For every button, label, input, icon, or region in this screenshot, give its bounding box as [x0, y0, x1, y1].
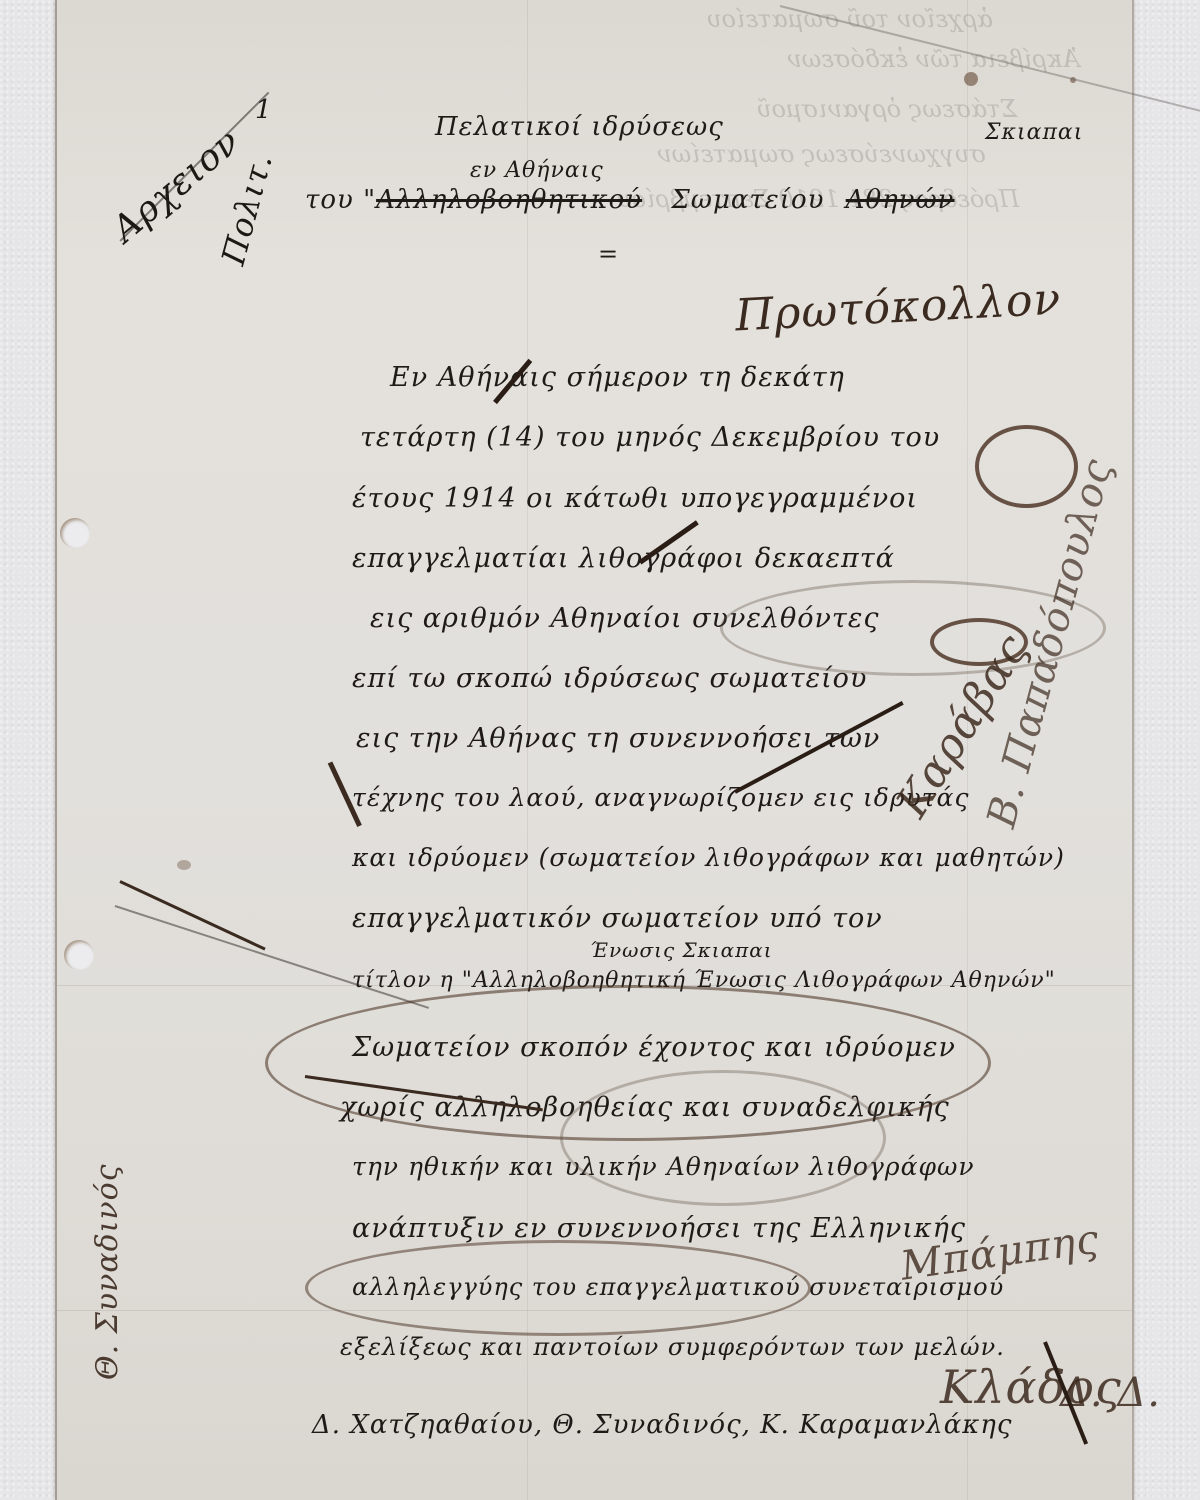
struck-word: Αλληλοβοηθητικού — [376, 185, 642, 215]
margin-signature-vertical: Θ. Συναδινός — [90, 1080, 125, 1380]
bleed-through-text: ἀρχεῖον τοῦ σωματείου — [707, 5, 993, 33]
insert-above-line: Ένωσις Σκιαπαι — [590, 938, 773, 962]
bleed-through-text: συγχωνεύσεως σωματείων — [657, 140, 986, 168]
body-line: και ιδρύομεν (σωματείον λιθογράφων και μ… — [352, 843, 1065, 872]
signatories-line: Δ. Χατζηαθαίου, Θ. Συναδινός, Κ. Καραμαν… — [312, 1410, 1012, 1440]
margin-note-mark: 1 — [255, 95, 273, 125]
pencil-loop — [560, 1070, 886, 1206]
body-line: εξελίξεως και παντοίων συμφερόντων των μ… — [340, 1333, 1005, 1361]
signature-loop — [975, 425, 1078, 508]
body-line: τέχνης του λαού, αναγνωρίζομεν εις ιδρυτ… — [352, 783, 969, 812]
header-society-word: Σωματείου — [671, 185, 824, 215]
bleed-through-text: Στάσεως ὀργανισμοῦ — [757, 95, 1017, 123]
body-line: ανάπτυξιν εν συνεννοήσει της Ελληνικής — [352, 1213, 966, 1244]
header-line-2-prefix: του " — [305, 185, 376, 215]
ink-stain — [964, 72, 978, 86]
body-line: εις την Αθήνας τη συνεννοήσει των — [356, 723, 880, 754]
body-line: έτους 1914 οι κάτωθι υπογεγραμμένοι — [352, 483, 918, 514]
body-line: τετάρτη (14) του μηνός Δεκεμβρίου του — [360, 422, 940, 453]
header-line-1: Πελατικοί ιδρύσεως — [435, 112, 724, 142]
body-line: Εν Αθήναις σήμερον τη δεκάτη — [390, 362, 845, 393]
header-insert-athens: εν Αθήναις — [470, 158, 604, 183]
body-line: επί τω σκοπώ ιδρύσεως σωματείου — [352, 663, 867, 694]
large-signature: Δ. Δ. — [1060, 1370, 1161, 1416]
punch-hole — [64, 940, 94, 970]
header-line-2: του "Αλληλοβοηθητικού Σωματείου Αθηνών — [305, 185, 955, 215]
body-line: επαγγελματικόν σωματείον υπό τον — [352, 903, 883, 934]
punch-hole — [60, 518, 90, 548]
body-line: επαγγελματίαι λιθογράφοι δεκαεπτά — [352, 543, 895, 574]
ink-stain — [177, 860, 191, 870]
struck-word-right: Αθηνών — [846, 185, 955, 215]
signature-flourish — [305, 1240, 811, 1336]
header-insert-right: Σκιαπαι — [985, 120, 1083, 145]
header-separator: = — [598, 240, 619, 268]
